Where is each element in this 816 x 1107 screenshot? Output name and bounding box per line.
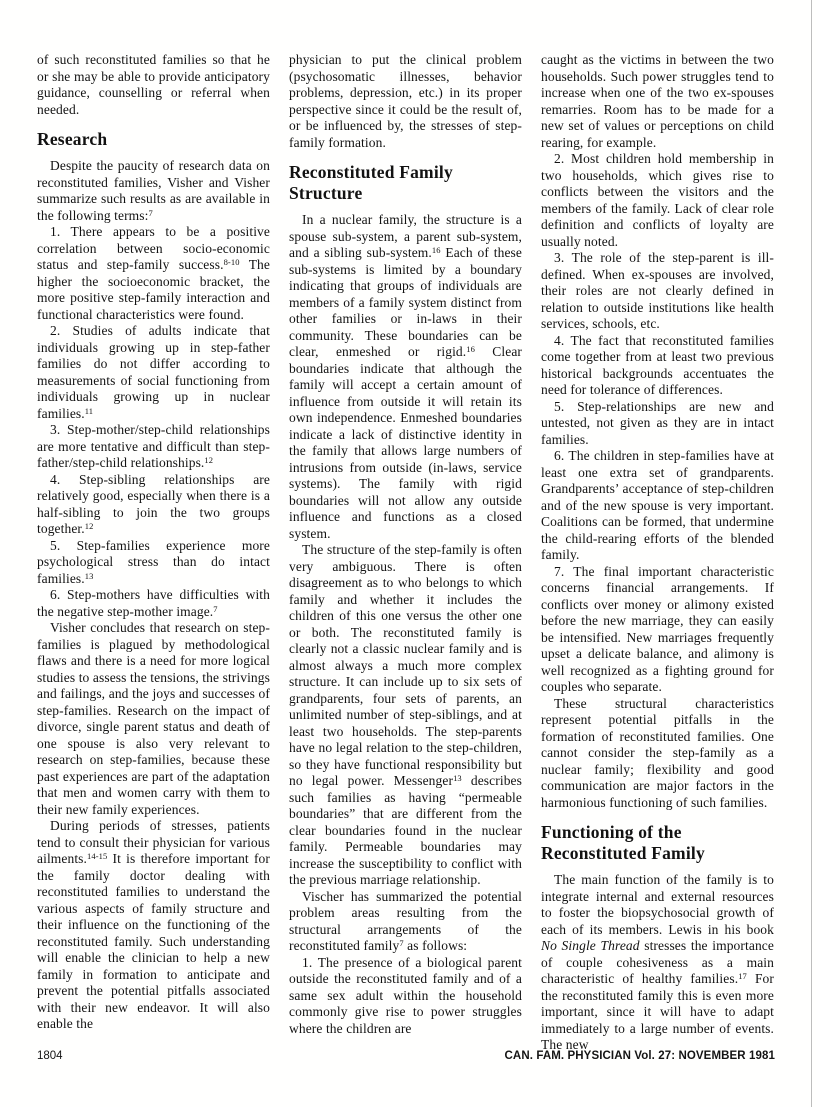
page-footer: 1804 CAN. FAM. PHYSICIAN Vol. 27: NOVEMB… <box>37 1050 775 1062</box>
paragraph: Vischer has summarized the potential pro… <box>289 889 522 955</box>
reference-superscript: 17 <box>738 971 747 981</box>
reference-superscript: 7 <box>399 938 403 948</box>
paragraph: 4. Step-sibling relationships are relati… <box>37 472 270 538</box>
paragraph: 7. The final important characteristic co… <box>541 564 774 696</box>
paragraph: 4. The fact that reconstituted families … <box>541 333 774 399</box>
paragraph: Despite the paucity of research data on … <box>37 158 270 224</box>
paragraph: The structure of the step-family is ofte… <box>289 542 522 889</box>
paragraph: 6. Step-mothers have difficulties with t… <box>37 587 270 620</box>
paragraph: 1. The presence of a biological parent o… <box>289 955 522 1038</box>
reference-superscript: 14-15 <box>87 851 107 861</box>
reference-superscript: 7 <box>213 604 217 614</box>
reference-superscript: 12 <box>204 455 213 465</box>
scan-edge-line <box>811 0 812 1107</box>
paragraph: 2. Studies of adults indicate that indiv… <box>37 323 270 422</box>
reference-superscript: 12 <box>85 521 94 531</box>
paragraph: caught as the victims in between the two… <box>541 52 774 151</box>
paragraph: 2. Most children hold membership in two … <box>541 151 774 250</box>
paragraph: The main function of the family is to in… <box>541 872 774 1049</box>
column-2: physician to put the clinical problem (p… <box>289 52 522 1049</box>
column-1: of such reconstituted families so that h… <box>37 52 270 1049</box>
reference-superscript: 16 <box>466 344 475 354</box>
reference-superscript: 13 <box>85 571 94 581</box>
reference-superscript: 7 <box>148 208 152 218</box>
section-heading: Functioning of the Reconstituted Family <box>541 822 774 864</box>
paragraph: 5. Step-families experience more psychol… <box>37 538 270 588</box>
column-3: caught as the victims in between the two… <box>541 52 774 1049</box>
paragraph: 3. Step-mother/step-child relationships … <box>37 422 270 472</box>
reference-superscript: 16 <box>432 245 441 255</box>
journal-citation: CAN. FAM. PHYSICIAN Vol. 27: NOVEMBER 19… <box>505 1050 775 1062</box>
paragraph: 5. Step-relationships are new and untest… <box>541 399 774 449</box>
section-heading: Research <box>37 129 270 150</box>
paragraph: of such reconstituted families so that h… <box>37 52 270 118</box>
paragraph: 1. There appears to be a positive correl… <box>37 224 270 323</box>
page-number: 1804 <box>37 1050 63 1062</box>
paragraph: 6. The children in step-families have at… <box>541 448 774 564</box>
paragraph: 3. The role of the step-parent is ill-de… <box>541 250 774 333</box>
reference-superscript: 11 <box>85 406 93 416</box>
article-columns: of such reconstituted families so that h… <box>37 52 774 1052</box>
reference-superscript: 13 <box>453 773 462 783</box>
paragraph: During periods of stresses, patients ten… <box>37 818 270 1033</box>
paragraph: In a nuclear family, the structure is a … <box>289 212 522 542</box>
section-heading: Reconstituted Family Structure <box>289 162 522 204</box>
reference-superscript: 8-10 <box>224 257 240 267</box>
paragraph: Visher concludes that research on step-f… <box>37 620 270 818</box>
paragraph: physician to put the clinical problem (p… <box>289 52 522 151</box>
journal-page: of such reconstituted families so that h… <box>0 0 816 1107</box>
paragraph: These structural characteristics represe… <box>541 696 774 812</box>
book-title-italic: No Single Thread <box>541 938 640 953</box>
